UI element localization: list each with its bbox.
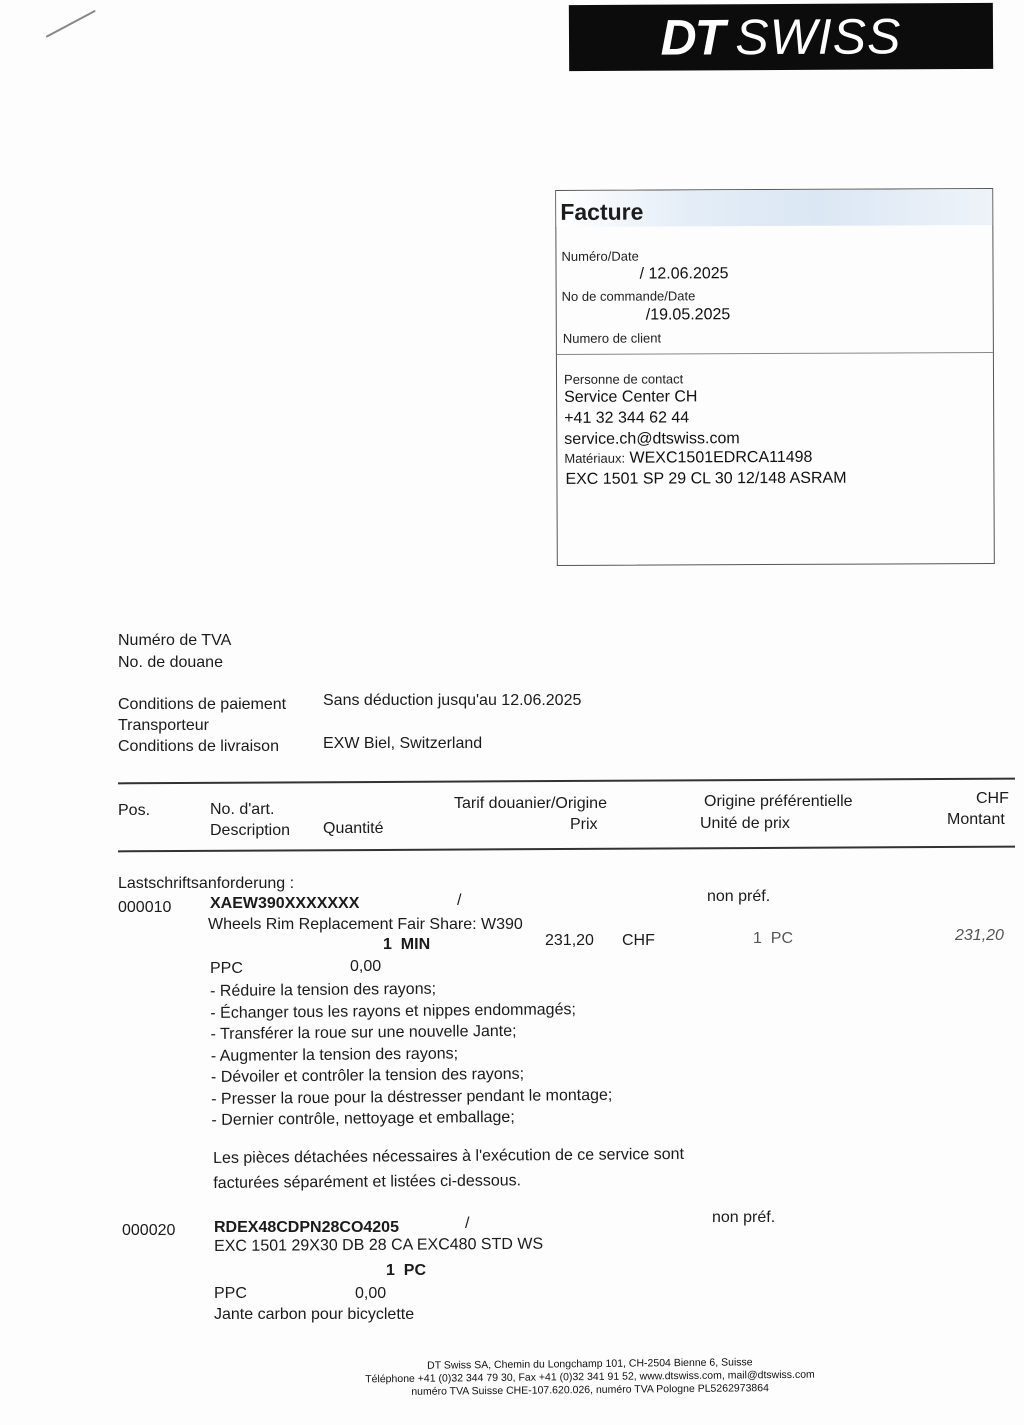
item-quantity: 1 PC bbox=[386, 1262, 426, 1280]
header-pos: Pos. bbox=[118, 802, 150, 820]
header-origine-pref: Origine préférentielle bbox=[704, 793, 853, 811]
service-note: Les pièces détachées nécessaires à l'exé… bbox=[213, 1142, 684, 1196]
task-item: - Presser la roue pour la déstresser pen… bbox=[211, 1084, 612, 1110]
item-ppc-value: 0,00 bbox=[355, 1285, 386, 1303]
invoice-title: Facture bbox=[560, 199, 643, 226]
header-tarif: Tarif douanier/Origine bbox=[454, 795, 607, 813]
table-header-top-rule bbox=[118, 778, 1015, 784]
item-origine-pref: non préf. bbox=[707, 888, 770, 906]
invoice-header-band: Facture bbox=[556, 189, 992, 227]
header-currency: CHF bbox=[976, 790, 1009, 808]
item-price: 231,20 bbox=[545, 932, 594, 950]
commande-label: No de commande/Date bbox=[562, 288, 696, 304]
company-footer: DT Swiss SA, Chemin du Longchamp 101, CH… bbox=[340, 1355, 840, 1399]
contact-name: Service Center CH bbox=[564, 388, 697, 407]
section-label: Lastschriftsanforderung : bbox=[118, 875, 294, 893]
task-list: - Réduire la tension des rayons; - Échan… bbox=[210, 977, 613, 1132]
tva-label: Numéro de TVA bbox=[118, 632, 231, 650]
item-pos: 000010 bbox=[118, 899, 171, 917]
header-quantite: Quantité bbox=[323, 820, 383, 838]
transporteur-label: Transporteur bbox=[118, 717, 209, 735]
service-note-line: Les pièces détachées nécessaires à l'exé… bbox=[213, 1142, 684, 1171]
materiaux-description: EXC 1501 SP 29 CL 30 12/148 ASRAM bbox=[565, 470, 846, 489]
numero-date-value: / 12.06.2025 bbox=[562, 265, 729, 284]
item-ppc-label: PPC bbox=[210, 960, 243, 978]
header-montant: Montant bbox=[947, 811, 1005, 829]
header-article: No. d'art. bbox=[210, 801, 274, 819]
item-price-unit: 1 PC bbox=[753, 930, 793, 948]
client-number-label: Numero de client bbox=[563, 330, 661, 345]
item-article: XAEW390XXXXXXX bbox=[210, 895, 359, 913]
livraison-value: EXW Biel, Switzerland bbox=[323, 735, 482, 753]
box-divider bbox=[557, 352, 993, 355]
task-item: - Dernier contrôle, nettoyage et emballa… bbox=[211, 1106, 612, 1132]
materiaux-value: WEXC1501EDRCA11498 bbox=[629, 449, 812, 467]
livraison-label: Conditions de livraison bbox=[118, 738, 279, 756]
item-ppc-value: 0,00 bbox=[350, 958, 381, 976]
logo-regular-text: SWISS bbox=[735, 7, 901, 66]
table-header-bottom-rule bbox=[118, 846, 1015, 852]
douane-label: No. de douane bbox=[118, 654, 223, 672]
service-note-line: facturées séparément et listées ci-desso… bbox=[213, 1167, 684, 1196]
paiement-label: Conditions de paiement bbox=[118, 696, 286, 714]
item-currency: CHF bbox=[622, 932, 655, 950]
item-tarif: / bbox=[465, 1215, 469, 1233]
contact-label: Personne de contact bbox=[564, 371, 683, 387]
commande-value: /19.05.2025 bbox=[562, 306, 731, 325]
header-description: Description bbox=[210, 822, 290, 840]
pen-mark bbox=[46, 10, 96, 38]
header-prix: Prix bbox=[570, 816, 598, 834]
materiaux-label: Matériaux: bbox=[564, 451, 625, 466]
item-quantity: 1 MIN bbox=[383, 936, 430, 954]
item-description: EXC 1501 29X30 DB 28 CA EXC480 STD WS bbox=[214, 1236, 543, 1256]
numero-date-label: Numéro/Date bbox=[561, 249, 638, 264]
task-item: - Échanger tous les rayons et nippes end… bbox=[210, 998, 611, 1024]
item-ppc-label: PPC bbox=[214, 1285, 247, 1303]
logo-bold-text: DT bbox=[660, 8, 723, 66]
item-origine-pref: non préf. bbox=[712, 1209, 775, 1227]
item-extra-description: Jante carbon pour bicyclette bbox=[214, 1306, 414, 1324]
header-unite-prix: Unité de prix bbox=[700, 815, 790, 833]
item-description: Wheels Rim Replacement Fair Share: W390 bbox=[208, 916, 523, 934]
materiaux-row: Matériaux: WEXC1501EDRCA11498 bbox=[564, 449, 812, 468]
item-amount: 231,20 bbox=[955, 927, 1004, 945]
contact-phone: +41 32 344 62 44 bbox=[564, 409, 689, 428]
invoice-info-box: Facture Numéro/Date / 12.06.2025 No de c… bbox=[555, 188, 995, 566]
contact-email[interactable]: service.ch@dtswiss.com bbox=[564, 430, 739, 449]
item-pos: 000020 bbox=[122, 1222, 175, 1240]
paiement-value: Sans déduction jusqu'au 12.06.2025 bbox=[323, 692, 581, 710]
dt-swiss-logo: DT SWISS bbox=[569, 3, 993, 71]
item-tarif: / bbox=[457, 892, 461, 910]
item-article: RDEX48CDPN28CO4205 bbox=[214, 1219, 399, 1237]
